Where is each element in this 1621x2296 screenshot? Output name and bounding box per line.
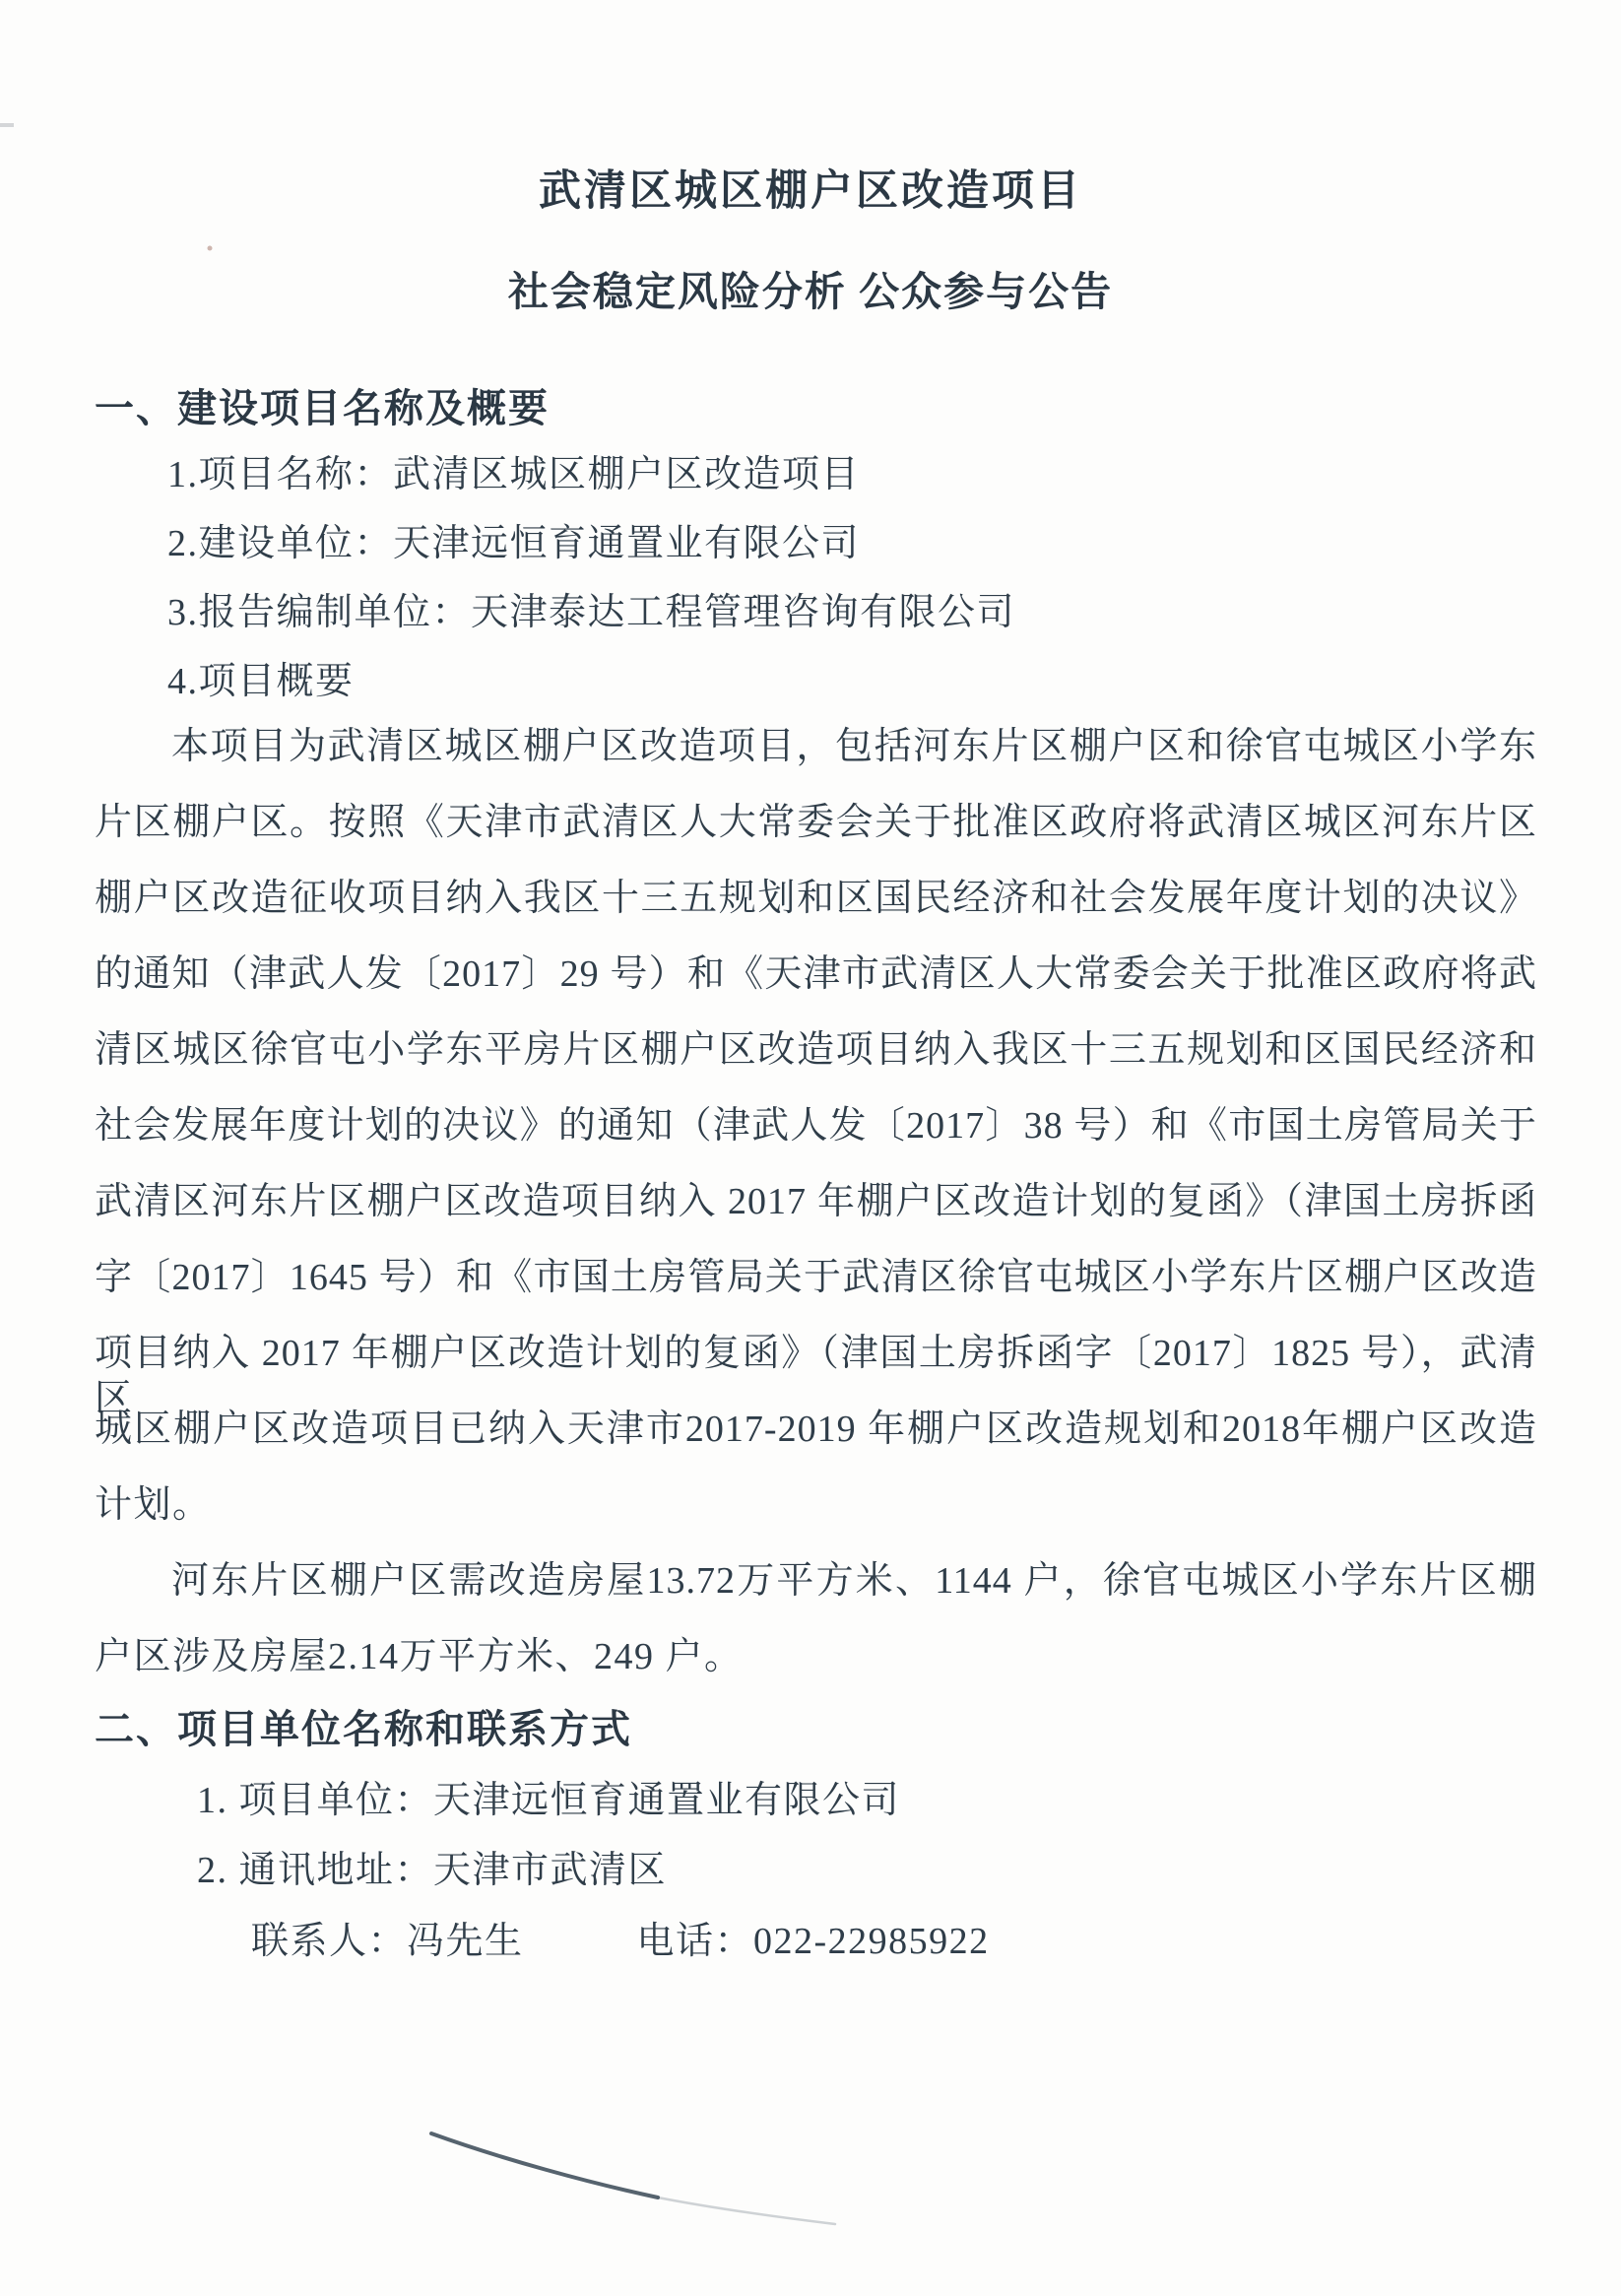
paper-speck (208, 246, 213, 251)
paragraph-1-line-11: 计划。 (95, 1483, 1537, 1529)
pen-stroke-mark (431, 2133, 658, 2198)
paragraph-2-line-1: 河东片区棚户区需改造房屋13.72万平方米、1144 户，徐官屯城区小学东片区棚 (95, 1559, 1537, 1605)
paragraph-1-line-8: 字〔2017〕1645 号）和《市国土房管局关于武清区徐官屯城区小学东片区棚户区… (95, 1256, 1537, 1301)
section-1-item-1: 1.项目名称：武清区城区棚户区改造项目 (167, 443, 860, 497)
scan-edge-dash (0, 123, 14, 127)
paragraph-1-line-7: 武清区河东片区棚户区改造项目纳入 2017 年棚户区改造计划的复函》（津国土房拆… (95, 1180, 1537, 1225)
contact-person: 联系人：冯先生 (251, 1921, 524, 1962)
paragraph-1-line-10: 城区棚户区改造项目已纳入天津市2017-2019 年棚户区改造规划和2018年棚… (95, 1408, 1537, 1453)
contact-phone: 电话：022-22985922 (637, 1921, 990, 1962)
section-2-item-2: 2. 通讯地址：天津市武清区 (197, 1839, 667, 1893)
paragraph-1-line-1: 本项目为武清区城区棚户区改造项目，包括河东片区棚户区和徐官屯城区小学东 (95, 725, 1537, 770)
section-2-heading: 二、项目单位名称和联系方式 (95, 1698, 632, 1754)
contact-line: 联系人：冯先生电话：022-22985922 (251, 1910, 990, 1964)
paragraph-1-line-4: 的通知（津武人发〔2017〕29 号）和《天津市武清区人大常委会关于批准区政府将… (95, 952, 1537, 998)
section-1-item-3: 3.报告编制单位：天津泰达工程管理咨询有限公司 (167, 581, 1015, 635)
paragraph-1-line-6: 社会发展年度计划的决议》的通知（津武人发〔2017〕38 号）和《市国土房管局关… (95, 1104, 1537, 1149)
section-1-item-2: 2.建设单位：天津远恒育通置业有限公司 (167, 512, 860, 566)
document-title: 武清区城区棚户区改造项目 (0, 158, 1621, 218)
pen-stroke-tail (658, 2198, 835, 2224)
document-subtitle: 社会稳定风险分析 公众参与公告 (0, 259, 1621, 317)
section-2-item-1: 1. 项目单位：天津远恒育通置业有限公司 (197, 1769, 900, 1823)
paragraph-1-line-5: 清区城区徐官屯小学东平房片区棚户区改造项目纳入我区十三五规划和区国民经济和 (95, 1028, 1537, 1074)
section-1-item-4: 4.项目概要 (167, 650, 355, 704)
document-page: 武清区城区棚户区改造项目 社会稳定风险分析 公众参与公告 一、建设项目名称及概要… (0, 0, 1621, 2296)
paragraph-1-line-3: 棚户区改造征收项目纳入我区十三五规划和区国民经济和社会发展年度计划的决议》 (95, 877, 1537, 922)
paragraph-1-line-2: 片区棚户区。按照《天津市武清区人大常委会关于批准区政府将武清区城区河东片区 (95, 801, 1537, 846)
section-1-heading: 一、建设项目名称及概要 (95, 377, 550, 433)
paragraph-2-line-2: 户区涉及房屋2.14万平方米、249 户。 (95, 1635, 1537, 1680)
